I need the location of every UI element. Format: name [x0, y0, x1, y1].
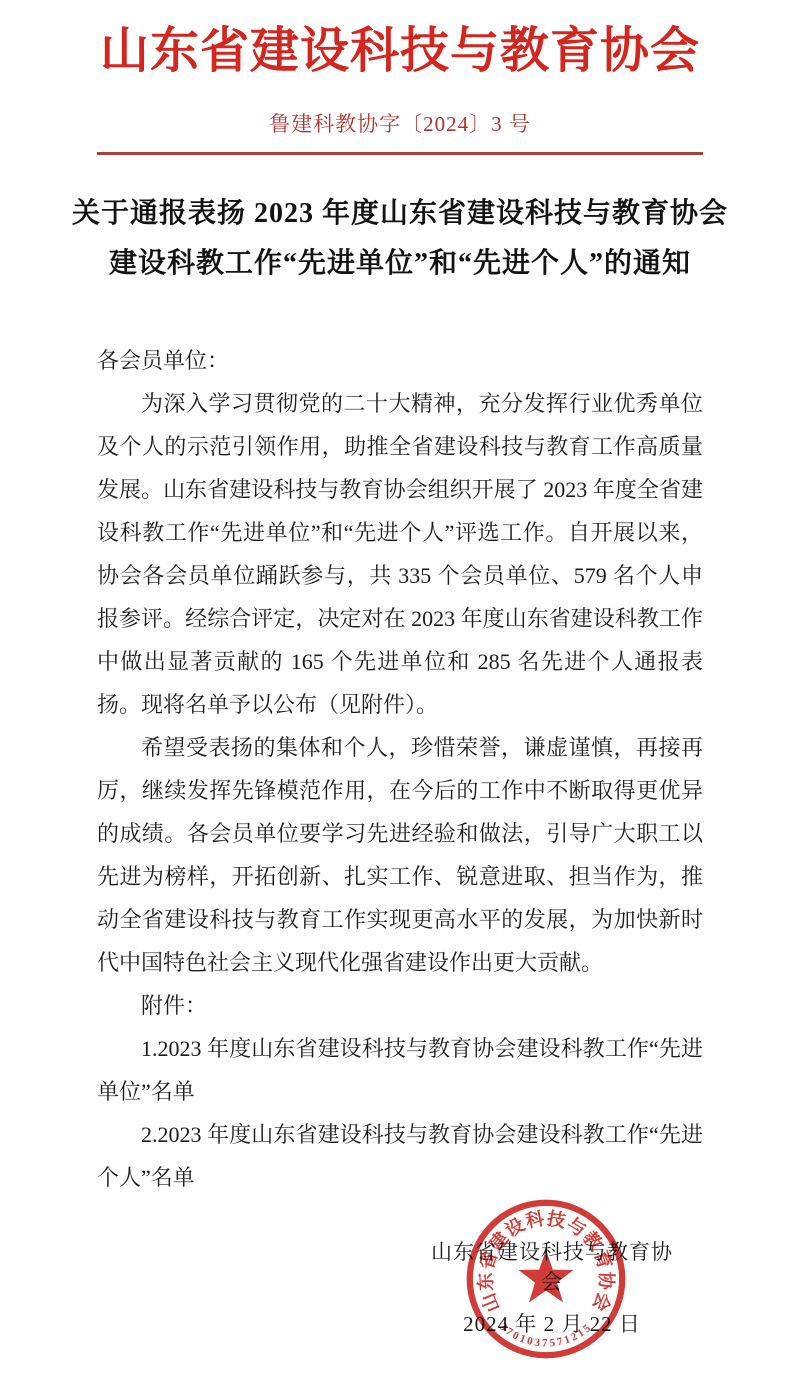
attachments-label: 附件：	[97, 984, 703, 1027]
official-notice-document: 山东省建设科技与教育协会 鲁建科教协字〔2024〕3 号 关于通报表扬 2023…	[0, 0, 800, 1374]
document-number: 鲁建科教协字〔2024〕3 号	[0, 110, 800, 138]
document-title-line1: 关于通报表扬 2023 年度山东省建设科技与教育协会	[0, 189, 800, 239]
attachment-item-2: 2.2023 年度山东省建设科技与教育协会建设科教工作“先进个人”名单	[97, 1113, 703, 1199]
letterhead-divider-rule	[97, 152, 703, 155]
body-paragraph-1: 为深入学习贯彻党的二十大精神，充分发挥行业优秀单位及个人的示范引领作用，助推全省…	[97, 382, 703, 726]
signature-date: 2024 年 2 月 22 日	[423, 1309, 681, 1339]
document-title: 关于通报表扬 2023 年度山东省建设科技与教育协会 建设科教工作“先进单位”和…	[0, 189, 800, 289]
signature-org: 山东省建设科技与教育协会	[423, 1237, 681, 1297]
body-paragraph-2: 希望受表扬的集体和个人，珍惜荣誉，谦虚谨慎，再接再厉，继续发挥先锋模范作用，在今…	[97, 726, 703, 984]
attachment-item-1: 1.2023 年度山东省建设科技与教育协会建设科教工作“先进单位”名单	[97, 1027, 703, 1113]
letterhead-org-name: 山东省建设科技与教育协会	[0, 0, 800, 80]
document-title-line2: 建设科教工作“先进单位”和“先进个人”的通知	[0, 239, 800, 289]
salutation: 各会员单位：	[97, 339, 703, 382]
document-body: 各会员单位： 为深入学习贯彻党的二十大精神，充分发挥行业优秀单位及个人的示范引领…	[97, 339, 703, 1199]
signature-block: 山东省建设科技与教育协会 2024 年 2 月 22 日	[423, 1237, 681, 1339]
